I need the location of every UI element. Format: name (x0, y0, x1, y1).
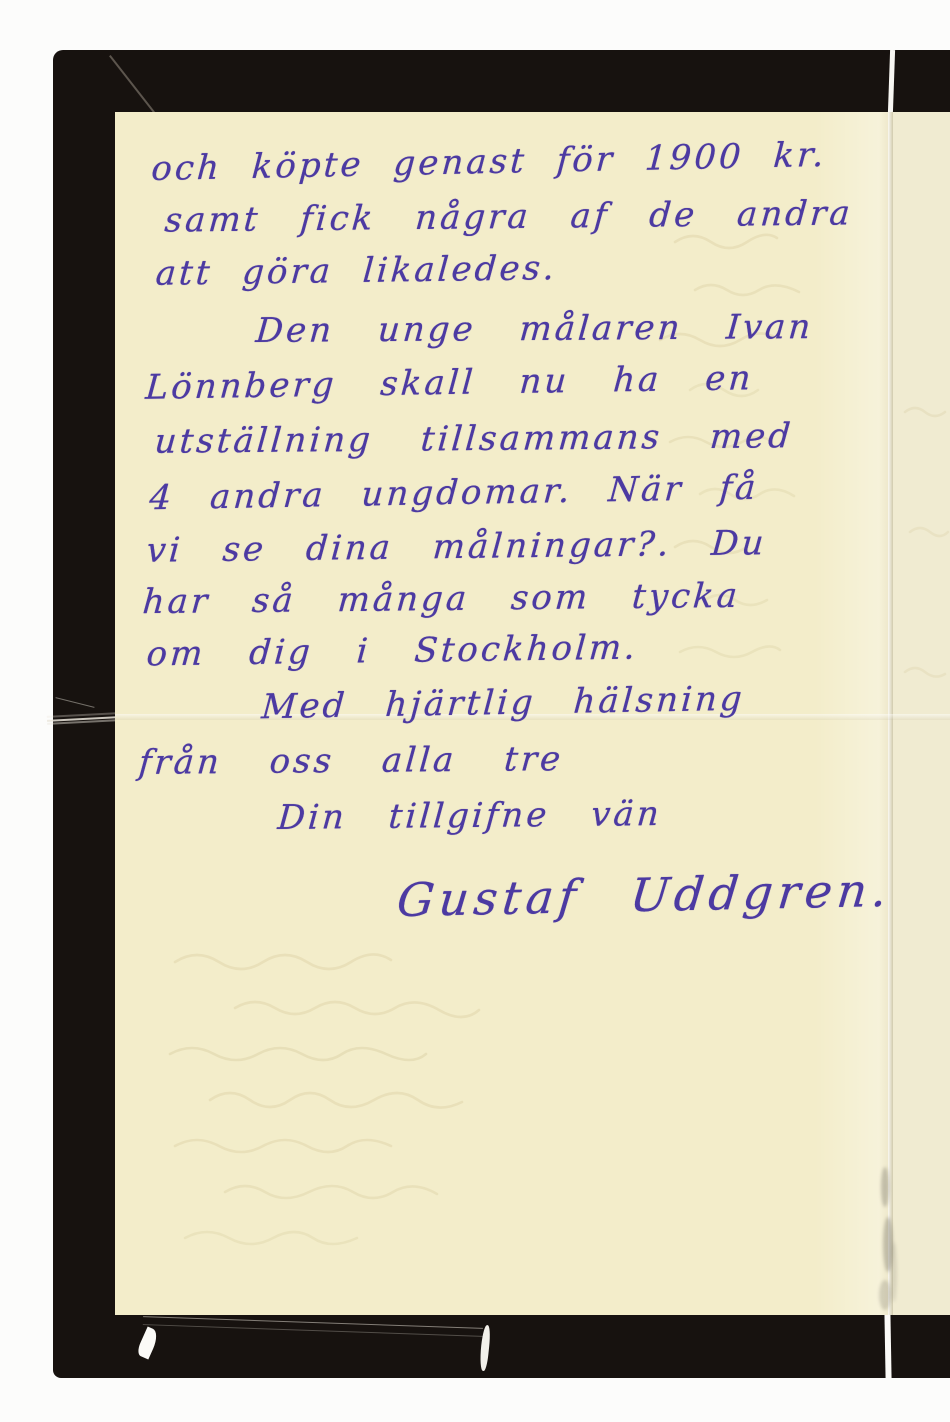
handwriting-line-4: Den unge målaren Ivan (254, 307, 815, 351)
crease-smudge (879, 1280, 891, 1310)
crease-smudge (881, 1167, 889, 1207)
bottom-left-tear (136, 1326, 161, 1359)
handwriting-line-3: att göra likaledes. (154, 248, 558, 294)
handwriting-line-2: samt fick några af de andra (163, 193, 854, 240)
handwriting-line-13: Din tillgifne vän (276, 794, 663, 838)
fold-scratch-left (47, 716, 119, 722)
scan-background: och köpte genast för 1900 kr. samt fick … (0, 0, 950, 1422)
fold-scratch-left-2 (55, 697, 94, 708)
handwriting-line-12: från oss alla tre (137, 739, 565, 783)
crease-smudge (891, 1242, 897, 1302)
handwriting-line-6: utställning tillsammans med (153, 416, 795, 462)
fold-gap-bottom (884, 1314, 891, 1378)
handwriting-line-10: om dig i Stockholm. (145, 628, 639, 675)
corner-crease (109, 55, 155, 113)
handwriting-line-9: har så många som tycka (141, 576, 741, 622)
handwriting-line-8: vi se dina målningar?. Du (145, 523, 768, 571)
signature: Gustaf Uddgren. (395, 863, 895, 927)
bottom-tear (479, 1325, 492, 1372)
bottom-crease-scratch (143, 1316, 483, 1329)
handwriting-line-11: Med hjärtlig hälsning (260, 679, 746, 727)
fold-gap-top (888, 50, 895, 113)
